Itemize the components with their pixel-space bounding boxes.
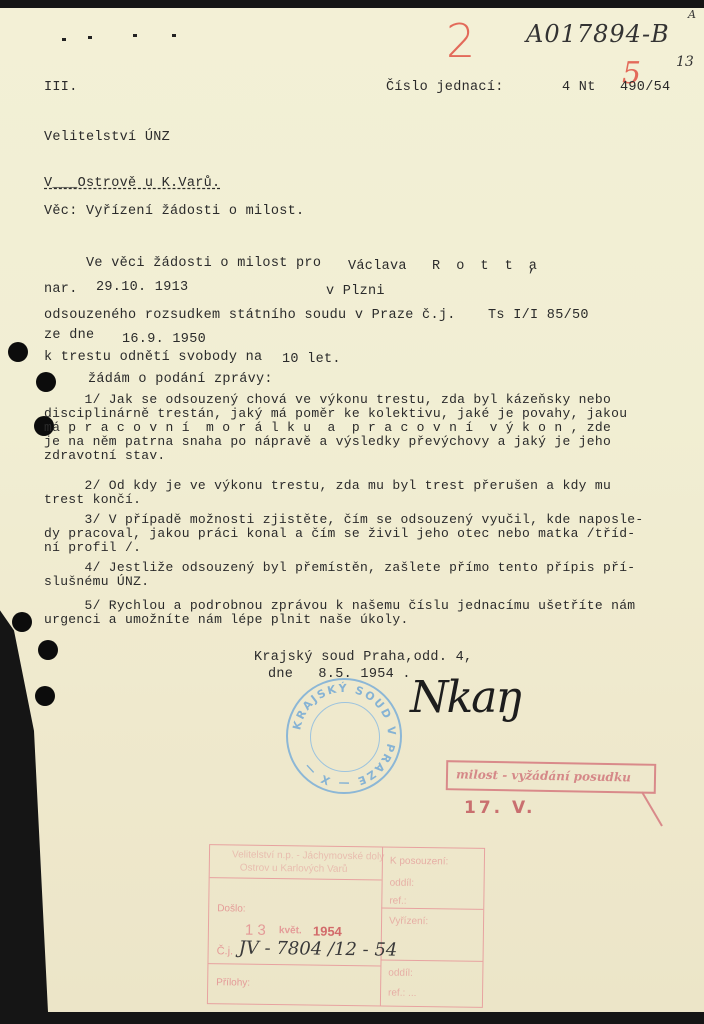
mark-dot: [172, 34, 176, 37]
request-item-line: má p r a c o v n í m o r á l k u a p r a…: [44, 420, 611, 435]
request-item-line: urgenci a umožníte nám lépe plnit naše ú…: [44, 612, 409, 627]
punch-hole: [12, 612, 32, 632]
birth-date: 29.10. 1913: [96, 280, 188, 295]
verdict-date: 16.9. 1950: [122, 332, 206, 347]
punch-hole: [38, 640, 58, 660]
seal-text-ring: KRAJSKÝ SOUD V PRAZE — X —: [288, 680, 400, 792]
request-item-line: trest končí.: [44, 492, 141, 507]
addressee-place: V___Ostrově u K.Varů.: [44, 176, 220, 191]
registry-right-label: oddíl:: [388, 968, 413, 979]
case-number: Ts I/I 85/50: [488, 308, 589, 323]
born-label: nar.: [44, 282, 78, 297]
reference-label: Číslo jednací:: [386, 80, 504, 95]
request-item-line: slušnému ÚNZ.: [44, 574, 149, 589]
registry-right-label: Vyřízení:: [389, 916, 428, 928]
request-item-line: 4/ Jestliže odsouzený byl přemístěn, zaš…: [44, 560, 635, 575]
signature: Nkaŋ: [410, 672, 522, 723]
request-item-line: 1/ Jak se odsouzený chová ve výkonu tres…: [44, 392, 611, 407]
court-name: Krajský soud Praha,odd. 4,: [254, 650, 472, 665]
cj-label: Č.j.: [217, 945, 234, 957]
registry-header-2: Ostrov u Karlových Varů: [240, 863, 348, 876]
received-year: 1954: [313, 924, 342, 939]
received-day: 1 3: [245, 922, 266, 939]
request-item-line: 5/ Rychlou a podrobnou zprávou k našemu …: [44, 598, 635, 613]
svg-text:KRAJSKÝ SOUD V PRAZE — X —: KRAJSKÝ SOUD V PRAZE — X —: [290, 682, 398, 790]
red-number-annotation: 2: [446, 14, 475, 68]
mark-dot: [133, 34, 137, 37]
mark-dot: [62, 38, 66, 41]
punch-hole: [35, 686, 55, 706]
archive-code: A017894-B: [526, 20, 670, 48]
received-label: Došlo:: [217, 903, 246, 914]
request-item-line: je na něm patrna snaha po nápravě a výsl…: [44, 434, 611, 449]
received-month: květ.: [279, 925, 302, 936]
court-seal: KRAJSKÝ SOUD V PRAZE — X —: [286, 678, 402, 794]
registry-stamp: Velitelství n.p. - Jáchymovské doly Ostr…: [207, 844, 485, 1008]
request-item-line: dy pracoval, jakou práci konal a čím se …: [44, 526, 635, 541]
addressee: Velitelství ÚNZ: [44, 130, 170, 145]
attachments-label: Přílohy:: [216, 977, 250, 988]
status-stamp: milost - vyžádání posudku: [446, 760, 656, 794]
intro-text: Ve věci žádosti o milost pro: [86, 256, 321, 271]
reference-number: 490/54: [620, 80, 670, 95]
registry-header-1: Velitelství n.p. - Jáchymovské doly: [232, 849, 384, 862]
reference-prefix: 4 Nt: [562, 80, 596, 95]
archive-code-superscript: A: [688, 8, 696, 21]
request-line: žádám o podání zprávy:: [88, 372, 273, 387]
registry-right-label: K posouzení:: [390, 856, 449, 868]
cj-value: JV - 7804 /12 - 54: [239, 938, 398, 961]
sentence-text: odsouzeného rozsudkem státního soudu v P…: [44, 308, 456, 323]
registry-right-label: ref.:: [389, 896, 406, 907]
request-item-line: 3/ V případě možnosti zjistěte, čím se o…: [44, 512, 644, 527]
verdict-date-label: ze dne: [44, 328, 94, 343]
punch-hole: [36, 372, 56, 392]
request-item-line: zdravotní stav.: [44, 448, 166, 463]
stamp-flourish: [640, 790, 670, 830]
penalty-label: k trestu odnětí svobody na: [44, 350, 262, 365]
subject-line: Věc: Vyřízení žádosti o milost.: [44, 204, 304, 219]
penalty-value: 10 let.: [282, 352, 341, 367]
archive-code-subscript: 13: [676, 54, 694, 70]
birth-place: v Plzni: [326, 284, 385, 299]
person-last-name: R o t t a: [432, 259, 541, 274]
request-item-line: ní profil /.: [44, 540, 141, 555]
comma: ,: [528, 261, 536, 276]
mark-dot: [88, 36, 92, 39]
person-first-name: Václava: [348, 259, 407, 274]
section-number: III.: [44, 80, 78, 95]
request-item-line: 2/ Od kdy je ve výkonu trestu, zda mu by…: [44, 478, 611, 493]
punch-hole: [8, 342, 28, 362]
status-stamp-date: 17. V.: [464, 798, 535, 818]
registry-right-label: oddíl:: [390, 878, 415, 889]
request-item-line: disciplinárně trestán, jaký má poměr ke …: [44, 406, 627, 421]
registry-right-label: ref.: ...: [388, 988, 416, 999]
